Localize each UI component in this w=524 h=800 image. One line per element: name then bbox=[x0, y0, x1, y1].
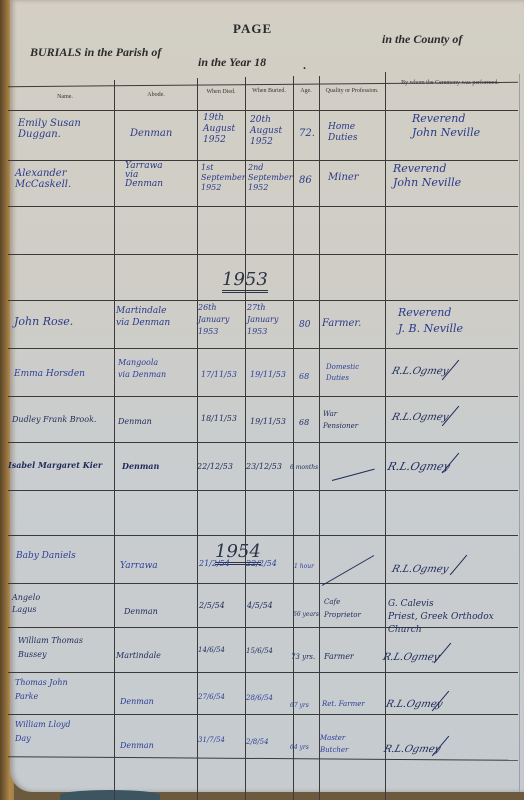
entry-age: 67 yrs bbox=[290, 700, 309, 711]
bottom-edge-object bbox=[60, 790, 160, 800]
entry-abode: Yarrawa bbox=[120, 561, 158, 572]
col-header-profession: Quality or Profession. bbox=[320, 88, 384, 95]
entry-profession: Domestic Duties bbox=[326, 362, 359, 384]
entry-name: William Lloyd Day bbox=[15, 718, 71, 746]
entry-name: Emma Horsden bbox=[14, 369, 85, 380]
page-label: PAGE bbox=[233, 21, 272, 37]
col-header-ceremony: By whom the Ceremony was performed. bbox=[395, 80, 505, 87]
entry-buried: 19/11/53 bbox=[250, 369, 286, 380]
entry-buried: 19/11/53 bbox=[250, 416, 286, 427]
entry-ceremony: Reverend John Neville bbox=[412, 112, 480, 140]
entry-abode: Denman bbox=[130, 128, 172, 139]
entry-age: 86 bbox=[299, 175, 312, 186]
officiant-signature: R.L.Ogmey bbox=[391, 412, 450, 423]
entry-died: 17/11/53 bbox=[201, 369, 237, 380]
entry-abode: Denman bbox=[120, 740, 154, 751]
entry-age: 68 bbox=[299, 417, 309, 428]
entry-died: 1st September 1952 bbox=[201, 163, 246, 193]
entry-buried: 4/5/54 bbox=[247, 600, 273, 611]
entry-buried: 20th August 1952 bbox=[250, 115, 282, 148]
entry-abode: Denman bbox=[118, 416, 152, 427]
county-label: in the County of bbox=[382, 32, 462, 47]
entry-age: 80 bbox=[299, 320, 310, 331]
col-header-age: Age. bbox=[294, 88, 318, 95]
entry-ceremony: G. Calevis Priest, Greek Orthodox Church bbox=[388, 598, 524, 637]
entry-buried: 22/2/54 bbox=[246, 558, 277, 569]
entry-age: 64 yrs bbox=[290, 742, 309, 753]
officiant-signature: R.L.Ogmey bbox=[391, 366, 450, 377]
entry-abode: Denman bbox=[122, 461, 159, 472]
entry-name: Thomas John Parke bbox=[15, 676, 68, 704]
entry-abode: Mangoola via Denman bbox=[118, 357, 166, 381]
entry-profession: Master Butcher bbox=[320, 732, 348, 756]
entry-name: Emily Susan Duggan. bbox=[18, 118, 81, 140]
entry-died: 21/2/54 bbox=[199, 558, 230, 569]
entry-profession: War Pensioner bbox=[323, 408, 358, 432]
entry-profession: Miner bbox=[328, 172, 359, 183]
entry-name: Dudley Frank Brook. bbox=[12, 414, 96, 425]
entry-age: 1 hour bbox=[294, 561, 314, 572]
entry-died: 22/12/53 bbox=[197, 461, 233, 472]
year-heading-1953: 1953 bbox=[222, 270, 268, 293]
col-header-when-buried: When Buried. bbox=[246, 88, 292, 95]
entry-abode: Denman bbox=[124, 606, 158, 617]
entry-age: 73 yrs. bbox=[291, 652, 315, 663]
entry-name: William Thomas Bussey bbox=[18, 634, 83, 662]
entry-profession: Ret. Farmer bbox=[322, 699, 365, 710]
officiant-signature: R.L.Ogmey bbox=[382, 652, 441, 663]
entry-name: Angelo Lagus bbox=[12, 592, 40, 616]
entry-profession: Cafe Proprietor bbox=[324, 596, 361, 622]
col-header-abode: Abode. bbox=[118, 92, 194, 99]
entry-abode: Yarrawa via Denman bbox=[125, 162, 163, 189]
officiant-signature: R.L.Ogmey bbox=[391, 564, 450, 575]
entry-name: Alexander McCaskell. bbox=[15, 168, 71, 190]
entry-buried: 28/6/54 bbox=[246, 693, 273, 704]
entry-buried: 23/12/53 bbox=[246, 461, 282, 472]
entry-profession: Farmer bbox=[324, 651, 354, 662]
entry-abode: Martindale via Denman bbox=[116, 305, 170, 329]
entry-died: 27/6/54 bbox=[198, 692, 225, 703]
entry-name: Baby Daniels bbox=[16, 551, 76, 562]
entry-ceremony: Reverend John Neville bbox=[393, 162, 461, 190]
entry-profession: Farmer. bbox=[322, 318, 361, 329]
entry-died: 19th August 1952 bbox=[203, 113, 235, 146]
entry-profession: Home Duties bbox=[328, 122, 357, 144]
entry-died: 14/6/54 bbox=[198, 645, 225, 656]
entry-died: 18/11/53 bbox=[201, 413, 237, 424]
year-label: in the Year 18 bbox=[198, 55, 266, 70]
entry-name: Isabel Margaret Kier bbox=[8, 460, 102, 471]
burials-parish-label: BURIALS in the Parish of bbox=[30, 45, 161, 60]
entry-died: 2/5/54 bbox=[199, 600, 225, 611]
entry-buried: 15/6/54 bbox=[246, 646, 273, 657]
entry-buried: 27th January 1953 bbox=[247, 302, 278, 338]
entry-age: 68 bbox=[299, 371, 309, 382]
entry-abode: Martindale bbox=[116, 650, 161, 661]
col-header-name: Name. bbox=[20, 94, 110, 101]
col-header-when-died: When Died. bbox=[198, 89, 244, 96]
entry-died: 31/7/54 bbox=[198, 735, 225, 746]
year-suffix: . bbox=[303, 58, 306, 73]
entry-buried: 2/8/54 bbox=[246, 737, 269, 748]
entry-age: 66 years bbox=[293, 609, 319, 620]
entry-died: 26th January 1953 bbox=[198, 302, 229, 338]
entry-age: 72. bbox=[299, 128, 315, 139]
entry-buried: 2nd September 1952 bbox=[248, 163, 293, 193]
entry-abode: Denman bbox=[120, 696, 154, 707]
entry-name: John Rose. bbox=[14, 316, 73, 327]
entry-ceremony: Reverend J. B. Neville bbox=[398, 305, 463, 337]
entry-age: 6 months bbox=[290, 462, 318, 473]
